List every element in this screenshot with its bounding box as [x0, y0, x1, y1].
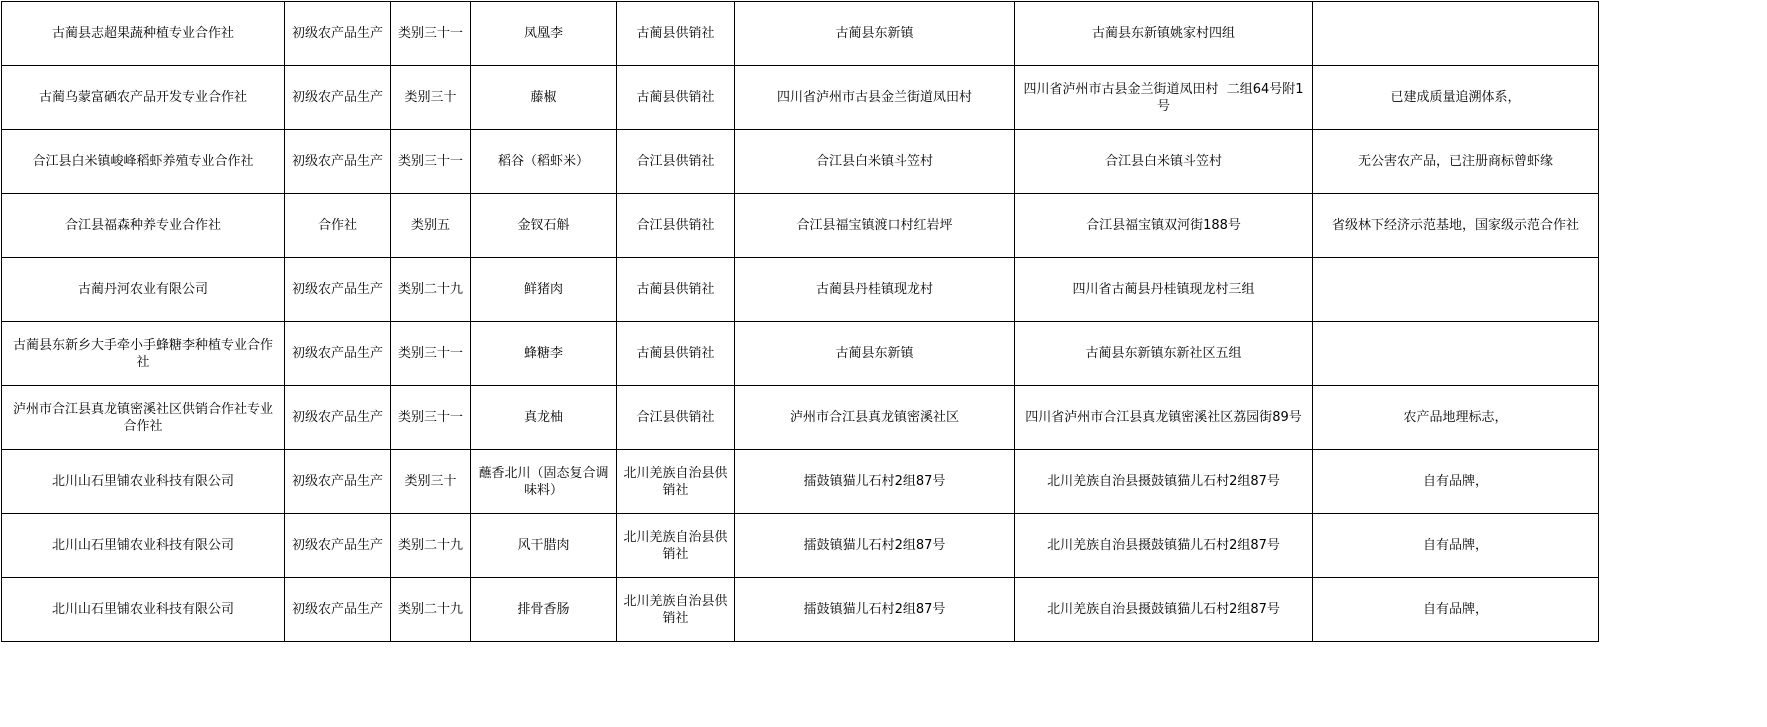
cell-category: 类别三十一 — [391, 322, 471, 386]
cell-supply-society: 北川羌族自治县供销社 — [617, 514, 735, 578]
table-row: 古蔺县志超果蔬种植专业合作社初级农产品生产类别三十一凤凰李古蔺县供销社古蔺县东新… — [2, 2, 1599, 66]
cell-remark: 自有品牌， — [1313, 450, 1599, 514]
cell-location: 擂鼓镇猫儿石村2组87号 — [735, 514, 1015, 578]
cell-production-type: 初级农产品生产 — [285, 66, 391, 130]
cell-name: 古蔺乌蒙富硒农产品开发专业合作社 — [2, 66, 285, 130]
cell-supply-society: 古蔺县供销社 — [617, 322, 735, 386]
cell-product: 蘸香北川（固态复合调味料） — [471, 450, 617, 514]
cell-address: 北川羌族自治县摄鼓镇猫儿石村2组87号 — [1015, 514, 1313, 578]
cell-location: 古蔺县东新镇 — [735, 322, 1015, 386]
cell-category: 类别三十一 — [391, 386, 471, 450]
cell-remark: 已建成质量追溯体系， — [1313, 66, 1599, 130]
cell-production-type: 初级农产品生产 — [285, 322, 391, 386]
cell-name: 合江县福森种养专业合作社 — [2, 194, 285, 258]
cell-product: 排骨香肠 — [471, 578, 617, 642]
cell-production-type: 初级农产品生产 — [285, 130, 391, 194]
cell-remark: 省级林下经济示范基地，国家级示范合作社 — [1313, 194, 1599, 258]
cell-supply-society: 古蔺县供销社 — [617, 2, 735, 66]
cell-production-type: 合作社 — [285, 194, 391, 258]
table-row: 古蔺丹河农业有限公司初级农产品生产类别二十九鲜猪肉古蔺县供销社古蔺县丹桂镇现龙村… — [2, 258, 1599, 322]
cell-category: 类别三十 — [391, 450, 471, 514]
cell-remark — [1313, 258, 1599, 322]
cell-category: 类别三十一 — [391, 2, 471, 66]
cell-name: 古蔺县东新乡大手牵小手蜂糖李种植专业合作社 — [2, 322, 285, 386]
cell-name: 合江县白米镇峻峰稻虾养殖专业合作社 — [2, 130, 285, 194]
cell-production-type: 初级农产品生产 — [285, 258, 391, 322]
table-row: 古蔺县东新乡大手牵小手蜂糖李种植专业合作社初级农产品生产类别三十一蜂糖李古蔺县供… — [2, 322, 1599, 386]
cell-address: 古蔺县东新镇姚家村四组 — [1015, 2, 1313, 66]
cell-address: 古蔺县东新镇东新社区五组 — [1015, 322, 1313, 386]
table-row: 合江县白米镇峻峰稻虾养殖专业合作社初级农产品生产类别三十一稻谷（稻虾米）合江县供… — [2, 130, 1599, 194]
cell-address: 北川羌族自治县摄鼓镇猫儿石村2组87号 — [1015, 450, 1313, 514]
cell-supply-society: 古蔺县供销社 — [617, 66, 735, 130]
cell-category: 类别三十一 — [391, 130, 471, 194]
cell-product: 鲜猪肉 — [471, 258, 617, 322]
table-row: 泸州市合江县真龙镇密溪社区供销合作社专业合作社初级农产品生产类别三十一真龙柚合江… — [2, 386, 1599, 450]
cell-address: 合江县白米镇斗笠村 — [1015, 130, 1313, 194]
cell-location: 合江县福宝镇渡口村红岩坪 — [735, 194, 1015, 258]
cell-production-type: 初级农产品生产 — [285, 514, 391, 578]
cell-name: 北川山石里铺农业科技有限公司 — [2, 514, 285, 578]
cell-location: 古蔺县东新镇 — [735, 2, 1015, 66]
cell-address: 四川省泸州市合江县真龙镇密溪社区荔园街89号 — [1015, 386, 1313, 450]
cell-remark — [1313, 2, 1599, 66]
cell-product: 稻谷（稻虾米） — [471, 130, 617, 194]
table-row: 古蔺乌蒙富硒农产品开发专业合作社初级农产品生产类别三十藤椒古蔺县供销社四川省泸州… — [2, 66, 1599, 130]
cell-remark: 农产品地理标志， — [1313, 386, 1599, 450]
cell-remark — [1313, 322, 1599, 386]
cell-location: 合江县白米镇斗笠村 — [735, 130, 1015, 194]
cell-category: 类别三十 — [391, 66, 471, 130]
cell-location: 泸州市合江县真龙镇密溪社区 — [735, 386, 1015, 450]
cell-product: 金钗石斛 — [471, 194, 617, 258]
cell-name: 古蔺县志超果蔬种植专业合作社 — [2, 2, 285, 66]
cell-supply-society: 合江县供销社 — [617, 386, 735, 450]
table-body: 古蔺县志超果蔬种植专业合作社初级农产品生产类别三十一凤凰李古蔺县供销社古蔺县东新… — [2, 2, 1599, 642]
cell-supply-society: 古蔺县供销社 — [617, 258, 735, 322]
cell-product: 蜂糖李 — [471, 322, 617, 386]
page: 古蔺县志超果蔬种植专业合作社初级农产品生产类别三十一凤凰李古蔺县供销社古蔺县东新… — [0, 1, 1767, 727]
cell-category: 类别二十九 — [391, 578, 471, 642]
cell-category: 类别二十九 — [391, 514, 471, 578]
table-row: 北川山石里铺农业科技有限公司初级农产品生产类别三十蘸香北川（固态复合调味料）北川… — [2, 450, 1599, 514]
cell-address: 四川省古蔺县丹桂镇现龙村三组 — [1015, 258, 1313, 322]
cell-category: 类别五 — [391, 194, 471, 258]
cell-location: 擂鼓镇猫儿石村2组87号 — [735, 450, 1015, 514]
table-row: 合江县福森种养专业合作社合作社类别五金钗石斛合江县供销社合江县福宝镇渡口村红岩坪… — [2, 194, 1599, 258]
cell-product: 真龙柚 — [471, 386, 617, 450]
table-row: 北川山石里铺农业科技有限公司初级农产品生产类别二十九排骨香肠北川羌族自治县供销社… — [2, 578, 1599, 642]
cell-product: 风干腊肉 — [471, 514, 617, 578]
cell-address: 北川羌族自治县摄鼓镇猫儿石村2组87号 — [1015, 578, 1313, 642]
cell-production-type: 初级农产品生产 — [285, 2, 391, 66]
cell-remark: 自有品牌， — [1313, 578, 1599, 642]
cell-name: 古蔺丹河农业有限公司 — [2, 258, 285, 322]
cell-supply-society: 北川羌族自治县供销社 — [617, 578, 735, 642]
cell-address: 合江县福宝镇双河街188号 — [1015, 194, 1313, 258]
cell-supply-society: 合江县供销社 — [617, 130, 735, 194]
cell-location: 四川省泸州市古县金兰街道凤田村 — [735, 66, 1015, 130]
cell-category: 类别二十九 — [391, 258, 471, 322]
records-table: 古蔺县志超果蔬种植专业合作社初级农产品生产类别三十一凤凰李古蔺县供销社古蔺县东新… — [1, 1, 1599, 642]
cell-address: 四川省泸州市古县金兰街道凤田村 二组64号附1号 — [1015, 66, 1313, 130]
cell-location: 擂鼓镇猫儿石村2组87号 — [735, 578, 1015, 642]
cell-supply-society: 合江县供销社 — [617, 194, 735, 258]
cell-production-type: 初级农产品生产 — [285, 386, 391, 450]
cell-name: 泸州市合江县真龙镇密溪社区供销合作社专业合作社 — [2, 386, 285, 450]
cell-name: 北川山石里铺农业科技有限公司 — [2, 450, 285, 514]
cell-supply-society: 北川羌族自治县供销社 — [617, 450, 735, 514]
cell-production-type: 初级农产品生产 — [285, 578, 391, 642]
cell-product: 凤凰李 — [471, 2, 617, 66]
cell-remark: 自有品牌， — [1313, 514, 1599, 578]
table-row: 北川山石里铺农业科技有限公司初级农产品生产类别二十九风干腊肉北川羌族自治县供销社… — [2, 514, 1599, 578]
cell-name: 北川山石里铺农业科技有限公司 — [2, 578, 285, 642]
cell-product: 藤椒 — [471, 66, 617, 130]
cell-location: 古蔺县丹桂镇现龙村 — [735, 258, 1015, 322]
cell-remark: 无公害农产品，已注册商标曾虾缘 — [1313, 130, 1599, 194]
cell-production-type: 初级农产品生产 — [285, 450, 391, 514]
